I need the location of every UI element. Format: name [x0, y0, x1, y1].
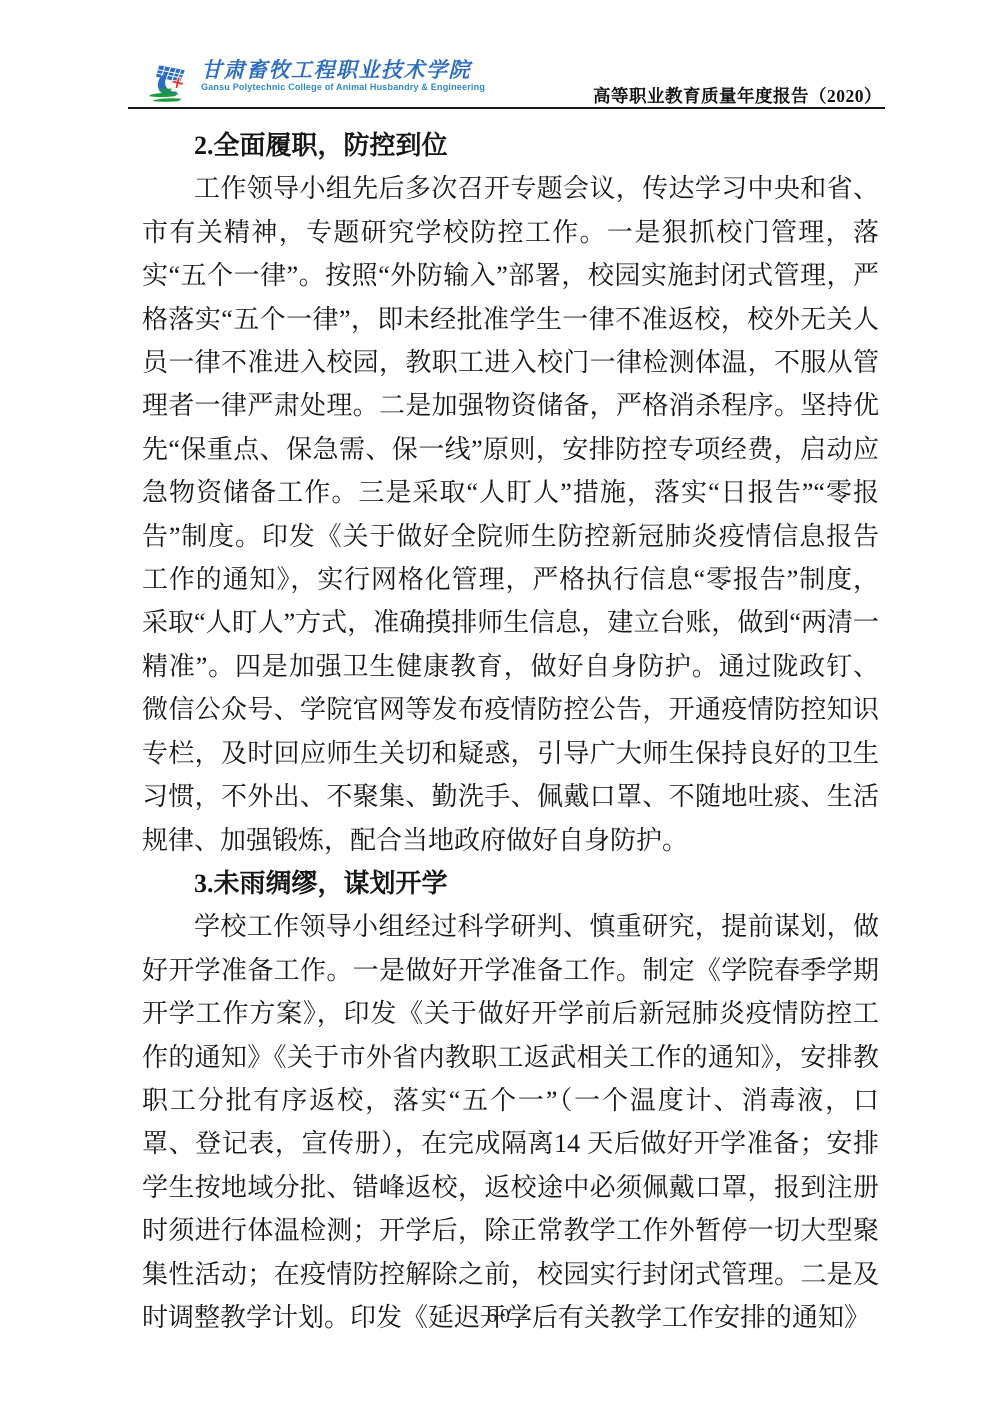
- college-logo-text: 甘肃畜牧工程职业技术学院 Gansu Polytechnic College o…: [201, 58, 485, 93]
- section-2-paragraph: 工作领导小组先后多次召开专题会议，传达学习中央和省、市有关精神，专题研究学校防控…: [142, 167, 879, 862]
- header-divider: [128, 107, 885, 109]
- college-logo-icon: [148, 58, 196, 108]
- college-logo: 甘肃畜牧工程职业技术学院 Gansu Polytechnic College o…: [148, 58, 485, 108]
- report-title: 高等职业教育质量年度报告（2020）: [593, 83, 882, 108]
- section-heading-2: 2.全面履职，防控到位: [142, 124, 879, 167]
- section-heading-3: 3.未雨绸缪，谋划开学: [142, 862, 879, 905]
- college-name-en: Gansu Polytechnic College of Animal Husb…: [201, 82, 485, 93]
- page-number: - 60 -: [0, 1305, 1000, 1328]
- college-name-zh: 甘肃畜牧工程职业技术学院: [201, 58, 485, 82]
- document-page: 甘肃畜牧工程职业技术学院 Gansu Polytechnic College o…: [0, 0, 1000, 1414]
- page-content: 2.全面履职，防控到位 工作领导小组先后多次召开专题会议，传达学习中央和省、市有…: [142, 124, 879, 1339]
- section-3-paragraph: 学校工作领导小组经过科学研判、慎重研究，提前谋划，做好开学准备工作。一是做好开学…: [142, 905, 879, 1339]
